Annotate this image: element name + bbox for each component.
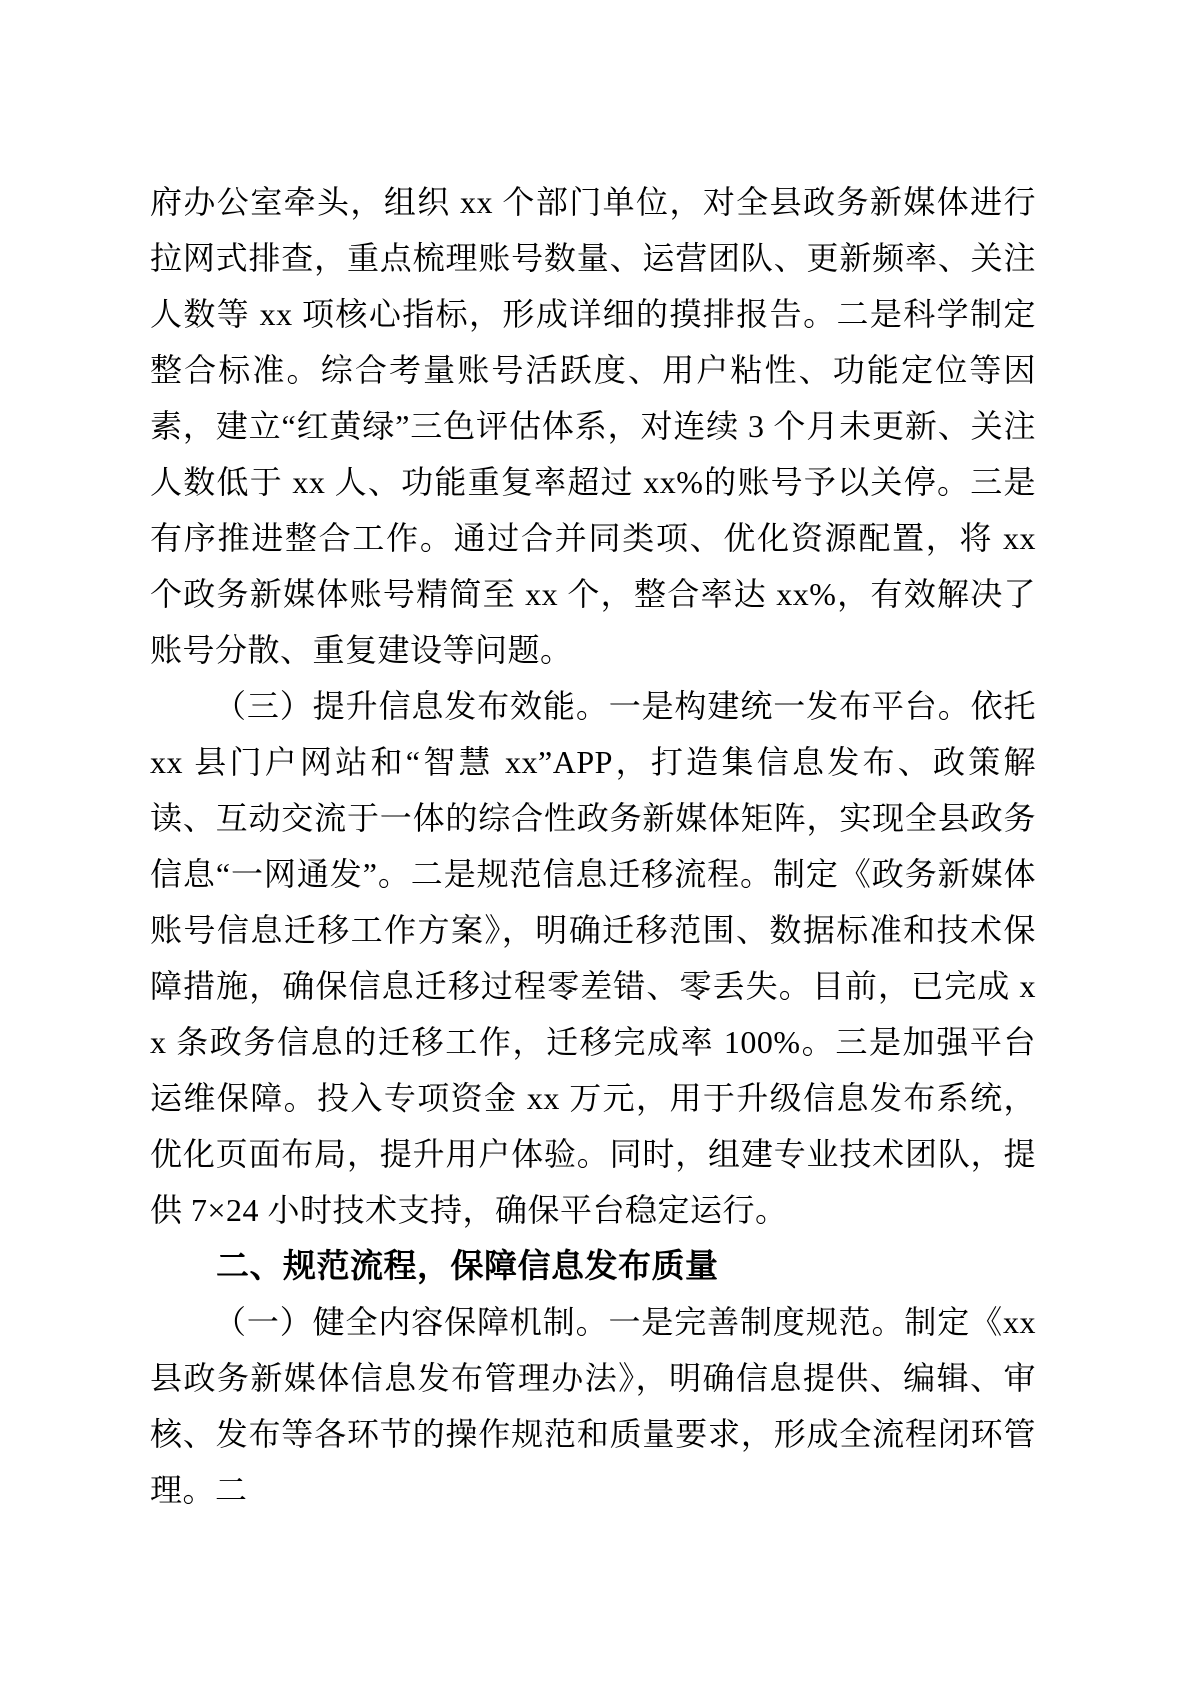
section-heading-2: 二、规范流程，保障信息发布质量 (150, 1238, 1036, 1294)
paragraph-section-2-1-content-mechanism: （一）健全内容保障机制。一是完善制度规范。制定《xx 县政务新媒体信息发布管理办… (150, 1294, 1036, 1518)
paragraph-section-3-info-publishing: （三）提升信息发布效能。一是构建统一发布平台。依托 xx 县门户网站和“智慧 x… (150, 678, 1036, 1238)
document-page: 府办公室牵头，组织 xx 个部门单位，对全县政务新媒体进行拉网式排查，重点梳理账… (0, 0, 1190, 1683)
text-block: 府办公室牵头，组织 xx 个部门单位，对全县政务新媒体进行拉网式排查，重点梳理账… (150, 174, 1036, 1518)
paragraph-account-integration: 府办公室牵头，组织 xx 个部门单位，对全县政务新媒体进行拉网式排查，重点梳理账… (150, 174, 1036, 678)
